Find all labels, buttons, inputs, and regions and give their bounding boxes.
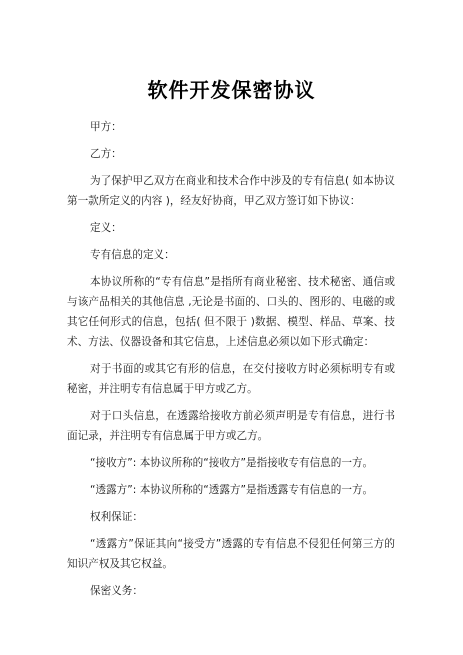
paragraph-receiver-definition: “接收方”: 本协议所称的“接收方”是指接收专有信息的一方。 <box>67 453 395 473</box>
paragraph-party-a: 甲方： <box>67 117 395 137</box>
paragraph-oral-info: 对于口头信息，在透露给接收方前必须声明是专有信息，进行书面记录，并注明专有信息属… <box>67 406 395 446</box>
document-title: 软件开发保密协议 <box>0 74 463 103</box>
document-body: 甲方： 乙方： 为了保护甲乙双方在商业和技术合作中涉及的专有信息( 如本协议第一… <box>67 117 395 608</box>
paragraph-written-info: 对于书面的或其它有形的信息，在交付接收方时必须标明专有或秘密，并注明专有信息属于… <box>67 359 395 399</box>
paragraph-proprietary-definition-heading: 专有信息的定义： <box>67 245 395 265</box>
paragraph-confidentiality-heading: 保密义务： <box>67 581 395 601</box>
paragraph-preamble: 为了保护甲乙双方在商业和技术合作中涉及的专有信息( 如本协议第一款所定义的内容 … <box>67 171 395 211</box>
paragraph-warranty-heading: 权利保证： <box>67 507 395 527</box>
paragraph-discloser-definition: “透露方”: 本协议所称的“透露方”是指透露专有信息的一方。 <box>67 480 395 500</box>
document-page: 软件开发保密协议 甲方： 乙方： 为了保护甲乙双方在商业和技术合作中涉及的专有信… <box>0 0 463 655</box>
paragraph-party-b: 乙方： <box>67 144 395 164</box>
paragraph-warranty: “透露方”保证其向“接受方”透露的专有信息不侵犯任何第三方的知识产权及其它权益。 <box>67 534 395 574</box>
paragraph-definitions-heading: 定义： <box>67 218 395 238</box>
paragraph-proprietary-definition: 本协议所称的“专有信息”是指所有商业秘密、技术秘密、通信或与该产品相关的其他信息… <box>67 272 395 352</box>
